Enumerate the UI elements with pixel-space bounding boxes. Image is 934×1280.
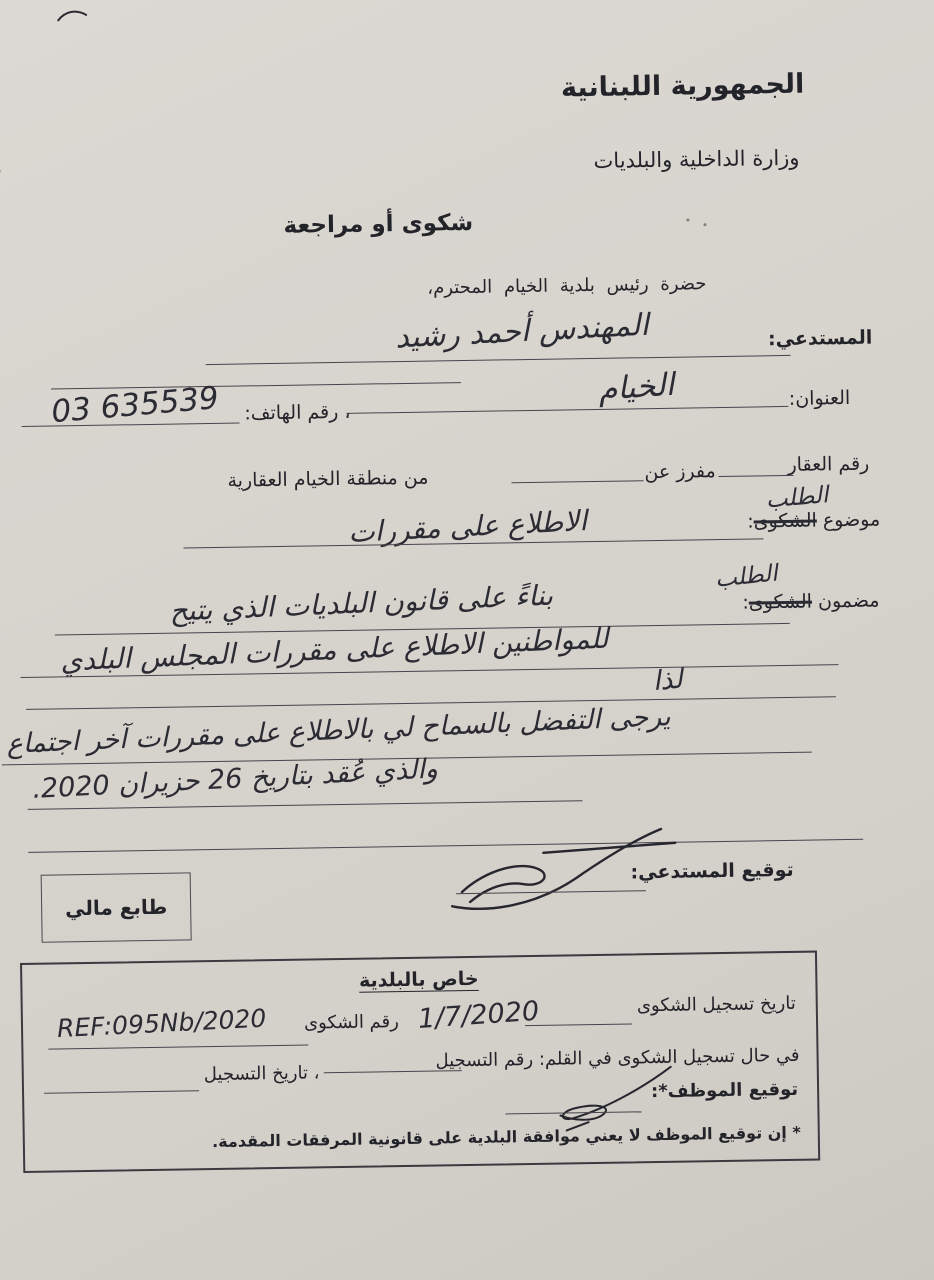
subject-label-struck: الشكوى — [753, 509, 817, 532]
content-label-struck: الشكوى — [749, 591, 813, 614]
applicant-line — [206, 355, 791, 365]
registration-date-label: تاريخ تسجيل الشكوى — [637, 993, 796, 1016]
scanned-complaint-form: الجمهورية اللبنانية وزارة الداخلية والبل… — [0, 0, 934, 1280]
applicant-name-handwriting: المهندس أحمد رشيد — [394, 308, 649, 356]
address-label: العنوان: — [789, 387, 851, 410]
municipality-box-title: خاص بالبلدية — [22, 963, 815, 997]
parcel-line — [512, 480, 644, 483]
address-line — [346, 406, 788, 414]
complaint-number-line — [48, 1045, 308, 1050]
pen-scribble — [56, 8, 90, 25]
registration-date-line — [525, 1023, 632, 1026]
content-label: مضمون الشكوى: — [742, 590, 879, 614]
addressee-line: حضرة رئيس بلدية الخيام المحترم، — [427, 273, 706, 298]
content-correction-handwriting: الطلب — [714, 560, 779, 592]
form-title: شكوى أو مراجعة — [283, 210, 473, 239]
municipality-box: خاص بالبلدية تاريخ تسجيل الشكوى 1/7/2020… — [20, 951, 820, 1173]
zone-label: من منطقة الخيام العقارية — [227, 467, 428, 492]
parcel-label: مفرز عن — [644, 460, 716, 483]
address-value-handwriting: الخيام — [597, 367, 675, 408]
fiscal-stamp-box: طابع مالي — [41, 872, 192, 942]
content-label-prefix: مضمون — [812, 590, 880, 613]
clerk-registration-number-line — [324, 1070, 462, 1073]
complaint-number-label: رقم الشكوى — [304, 1011, 399, 1033]
content-rule-5 — [28, 800, 583, 810]
content-line1-handwriting: بناءً على قانون البلديات الذي يتيح — [169, 579, 554, 628]
registration-date-value-handwriting: 1/7/2020 — [417, 996, 540, 1035]
applicant-signature — [443, 818, 694, 917]
scan-speck — [686, 218, 689, 221]
applicant-label: المستدعي: — [768, 327, 873, 351]
header-republic: الجمهورية اللبنانية — [561, 69, 805, 104]
clerk-registration-date-line — [44, 1090, 199, 1093]
subject-label-prefix: موضوع — [817, 508, 881, 531]
municipality-footnote: * إن توقيع الموظف لا يعني موافقة البلدية… — [212, 1123, 801, 1151]
property-number-label: رقم العقار — [787, 453, 869, 476]
complaint-number-value-handwriting: REF:095Nb/2020 — [56, 1004, 267, 1044]
scan-speck — [0, 169, 1, 173]
form-sheet: الجمهورية اللبنانية وزارة الداخلية والبل… — [0, 0, 934, 1280]
content-line3-handwriting: لذا — [651, 664, 683, 697]
scan-speck — [703, 223, 706, 226]
header-ministry: وزارة الداخلية والبلديات — [593, 146, 799, 173]
phone-label: ، رقم الهاتف: — [244, 401, 350, 425]
content-line4-handwriting: يرجى التفضل بالسماح لي بالاطلاع على مقرر… — [6, 701, 671, 760]
property-number-line — [718, 475, 793, 477]
clerk-registration-date-label: ، تاريخ التسجيل — [204, 1062, 320, 1085]
fiscal-stamp-label: طابع مالي — [65, 895, 167, 921]
subject-label: موضوع الشكوى: — [747, 508, 880, 532]
content-rule-3 — [26, 696, 836, 710]
